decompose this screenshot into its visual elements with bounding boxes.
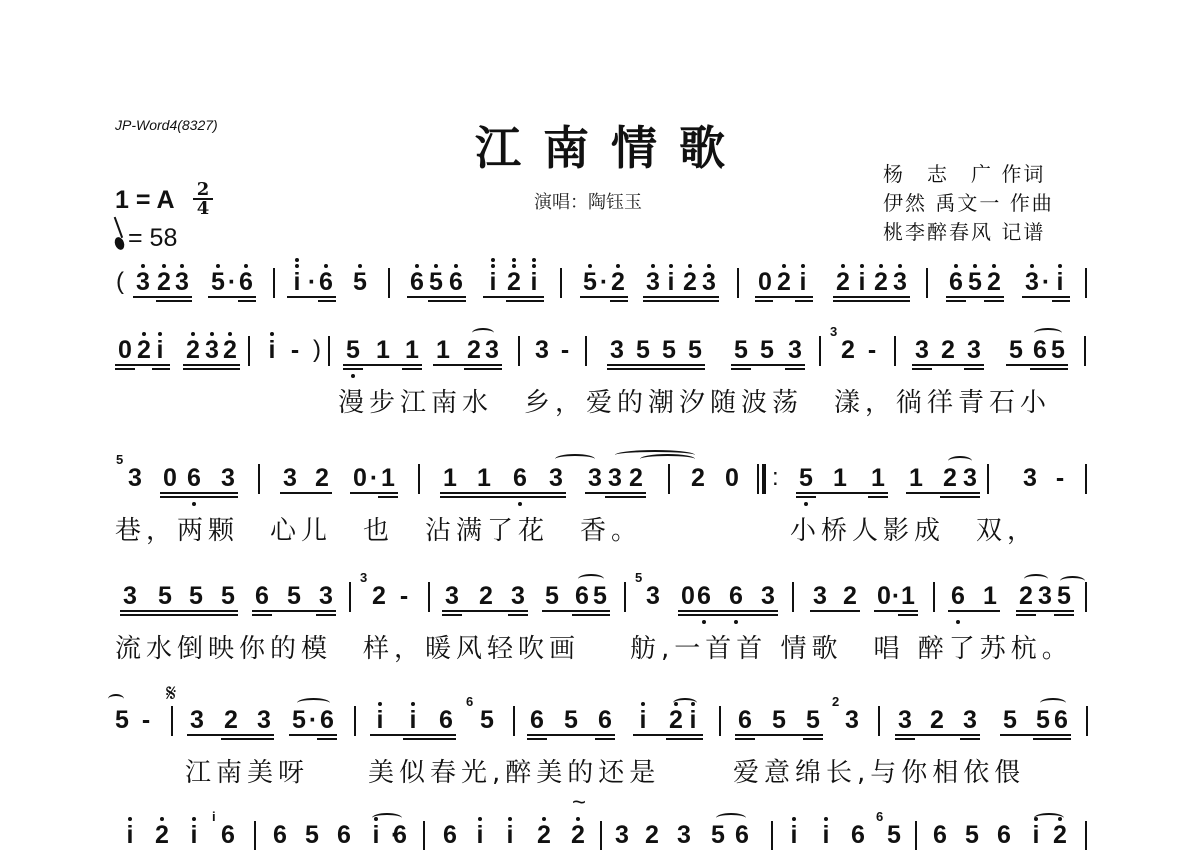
note: 2 (504, 270, 524, 295)
octave-dot-below (956, 620, 960, 624)
beam-underline (542, 610, 610, 612)
slur (297, 698, 330, 708)
octave-dot-above (841, 264, 845, 268)
beam-underline (464, 368, 502, 370)
octave-dot-above (228, 332, 232, 336)
note: 6 (732, 823, 752, 848)
beam-underline (585, 492, 646, 494)
note: i (661, 270, 681, 295)
note: 2 (927, 708, 947, 733)
barline (600, 821, 602, 850)
note: 1 (980, 584, 1000, 609)
octave-dot-below (351, 374, 355, 378)
beam-underline (895, 734, 980, 736)
note: 3 (125, 466, 145, 491)
note: 6 (440, 823, 460, 848)
note: 5 (685, 338, 705, 363)
note: i (403, 708, 423, 733)
octave-dot-above (128, 817, 132, 821)
note: 2 (464, 338, 484, 363)
beam-underline (678, 614, 778, 616)
note: 3 (674, 823, 694, 848)
beam-underline (1000, 734, 1071, 736)
barline (737, 268, 739, 298)
octave-dot-above (270, 332, 274, 336)
note: 3 (1035, 584, 1055, 609)
note: 3 (842, 708, 862, 733)
note: 3 (964, 338, 984, 363)
octave-dot-above (707, 264, 711, 268)
note: 5 (155, 584, 175, 609)
note: 0 (160, 466, 180, 491)
barline (719, 706, 721, 736)
tempo-value: = 58 (128, 224, 177, 252)
beam-underline (252, 610, 336, 612)
octave-dot-above (180, 264, 184, 268)
beam-underline (133, 296, 192, 298)
note: 5 (769, 708, 789, 733)
beam-underline (984, 300, 1004, 302)
note: 6 (334, 823, 354, 848)
note: 0 (755, 270, 775, 295)
beam-underline (796, 496, 816, 498)
note: 3 (187, 708, 207, 733)
octave-dot-above (651, 264, 655, 268)
barline (933, 582, 935, 612)
beam-underline (403, 738, 456, 740)
grace-note: 5 (116, 452, 123, 467)
octave-dot-above (415, 264, 419, 268)
barline (819, 336, 821, 366)
note: - (285, 338, 305, 363)
beam-underline (442, 614, 462, 616)
beam-underline (289, 734, 337, 736)
beam-underline (1052, 300, 1070, 302)
barline (1085, 821, 1087, 850)
note: 5 (1000, 708, 1020, 733)
beam-underline (152, 368, 170, 370)
beam-underline (183, 368, 240, 370)
note: 6 (446, 270, 466, 295)
note: 2 (568, 823, 588, 848)
note: 2 (680, 270, 700, 295)
note: 6 (270, 823, 290, 848)
beam-underline (508, 614, 528, 616)
lyric-line: 流水倒映你的模 样，暖风轻吹画 (115, 628, 580, 665)
time-signature: 2 4 (193, 181, 213, 217)
grace-note: 3 (360, 570, 367, 585)
note: - (394, 584, 414, 609)
note: 3 (699, 270, 719, 295)
beam-underline (287, 296, 336, 298)
beam-underline (735, 734, 823, 736)
beam-underline (343, 364, 422, 366)
lyric-line: 爱意绵长,与你相依偎 (733, 752, 1025, 789)
note: 3 (643, 270, 663, 295)
key-signature: 1 = A (115, 186, 175, 215)
slur (1040, 698, 1066, 708)
note: i (683, 708, 703, 733)
note: 5 (350, 270, 370, 295)
note: 6 (726, 584, 746, 609)
note: 5 (186, 584, 206, 609)
note: 2 (838, 338, 858, 363)
octave-dot-below (518, 502, 522, 506)
note: 6 (510, 466, 530, 491)
octave-dot-above (512, 264, 516, 268)
barline (1085, 582, 1087, 612)
barline (354, 706, 356, 736)
barline (757, 464, 759, 494)
note: 5 (708, 823, 728, 848)
note: 1 (440, 466, 460, 491)
note: 3 (442, 584, 462, 609)
slur (1034, 813, 1064, 823)
barline (388, 268, 390, 298)
note: 2 (774, 270, 794, 295)
octave-dot-above (378, 702, 382, 706)
beam-underline (1033, 738, 1071, 740)
beam-underline (906, 492, 980, 494)
key-label: 1 = A (115, 186, 175, 214)
barline (560, 268, 562, 298)
grace-note: i (212, 809, 216, 824)
beam-underline (506, 300, 544, 302)
octave-dot-above (324, 264, 328, 268)
grace-note: 6 (466, 694, 473, 709)
beam-underline (678, 610, 778, 612)
beam-underline (607, 368, 705, 370)
barline (792, 582, 794, 612)
close-paren: ) (313, 336, 321, 364)
note: i (366, 823, 386, 848)
note: i (120, 823, 140, 848)
beam-underline (378, 496, 398, 498)
note: - (1050, 466, 1070, 491)
note: 2 (154, 270, 174, 295)
octave-dot-above (616, 264, 620, 268)
note: 5 (343, 338, 363, 363)
slur (555, 454, 595, 464)
note: 3 (912, 338, 932, 363)
note: 3 (785, 338, 805, 363)
lyric-line: 漫步江南水 乡，爱的潮汐随波荡 漾，徜徉青石小 (338, 382, 1051, 419)
slur (1034, 328, 1062, 338)
note: 5 (218, 584, 238, 609)
barline (273, 268, 275, 298)
barline (585, 336, 587, 366)
note: 2 (221, 708, 241, 733)
note: 2 (940, 466, 960, 491)
note: 6 (407, 270, 427, 295)
beam-underline (1030, 368, 1068, 370)
beam-underline (115, 368, 135, 370)
lyric-line: 小桥人影成 双， (790, 510, 1038, 547)
note: 6 (317, 708, 337, 733)
lyric-line: 舫,一首首 情歌 唱 醉了苏杭。 (630, 628, 1073, 665)
note: 2 (1016, 584, 1036, 609)
note: 5 (542, 584, 562, 609)
slur (578, 574, 604, 584)
note: 3 (546, 466, 566, 491)
slur (372, 813, 402, 823)
note: 3 (960, 708, 980, 733)
beam-underline (633, 734, 703, 736)
note: 3 (758, 584, 778, 609)
note: 5 (1054, 584, 1074, 609)
octave-dot-above (512, 258, 516, 262)
beam-underline (960, 738, 980, 740)
beam-underline (252, 614, 272, 616)
note: 5 (796, 466, 816, 491)
octave-dot-above (478, 817, 482, 821)
beam-underline (964, 368, 984, 370)
beam-underline (912, 368, 932, 370)
note: 5 (302, 823, 322, 848)
note: - (555, 338, 575, 363)
barline (513, 706, 515, 736)
note: 6 (218, 823, 238, 848)
slur (1060, 576, 1085, 586)
lyricist-credit: 杨 志 广 作词 (883, 160, 1054, 189)
tie-continuation (108, 694, 124, 704)
note: 3 (508, 584, 528, 609)
note: i (816, 823, 836, 848)
barline (1085, 268, 1087, 298)
note: 3 (960, 466, 980, 491)
octave-dot-above (508, 817, 512, 821)
note: 3 (1020, 466, 1040, 491)
octave-dot-above (898, 264, 902, 268)
octave-dot-above (141, 264, 145, 268)
beam-underline (643, 300, 719, 302)
beam-underline (120, 610, 238, 612)
beam-underline (428, 300, 466, 302)
note: i (370, 708, 390, 733)
note: 3 (316, 584, 336, 609)
octave-dot-below (702, 620, 706, 624)
note: 6 (1030, 338, 1050, 363)
beam-underline (433, 364, 502, 366)
beam-underline (442, 610, 528, 612)
lyric-line: 巷，两颗 心儿 也 沾满了花 香。 (115, 510, 642, 547)
note: 2 (534, 823, 554, 848)
slur (640, 454, 695, 464)
note: 2 (688, 466, 708, 491)
note: 5 (803, 708, 823, 733)
note: 2 (938, 338, 958, 363)
beam-underline (483, 296, 544, 298)
repeat-barline (762, 464, 766, 494)
octave-dot-above (954, 264, 958, 268)
octave-dot-above (1030, 264, 1034, 268)
note: 6 (390, 823, 410, 848)
barline (878, 706, 880, 736)
beam-underline (221, 738, 274, 740)
note: 6 (527, 708, 547, 733)
transcriber-credit: 桃李醉春风 记谱 (883, 218, 1054, 247)
note: 1 (373, 338, 393, 363)
beam-underline (343, 368, 363, 370)
beam-underline (755, 300, 773, 302)
note: 1 (474, 466, 494, 491)
note: 2 (152, 823, 172, 848)
note: 3 (607, 338, 627, 363)
note: 3 (172, 270, 192, 295)
note: 1 (830, 466, 850, 491)
note: 3 (218, 466, 238, 491)
beam-underline (666, 738, 703, 740)
barline (328, 336, 330, 366)
note: 2 (871, 270, 891, 295)
barline (418, 464, 420, 494)
beam-underline (607, 364, 705, 366)
octave-dot-above (801, 264, 805, 268)
note: 3 (120, 584, 140, 609)
octave-dot-above (1058, 264, 1062, 268)
note: 6 (252, 584, 272, 609)
octave-dot-above (491, 258, 495, 262)
octave-dot-above (142, 332, 146, 336)
barline (258, 464, 260, 494)
octave-dot-above (491, 264, 495, 268)
beam-underline (440, 496, 566, 498)
note: 5 (884, 823, 904, 848)
octave-dot-above (162, 264, 166, 268)
octave-dot-above (992, 264, 996, 268)
segno-icon: 𝄋 (166, 680, 176, 708)
lyric-line: 美似春光,醉美的还是 (368, 752, 660, 789)
octave-dot-above (973, 264, 977, 268)
octave-dot-above (295, 258, 299, 262)
note: 3 (532, 338, 552, 363)
octave-dot-below (734, 620, 738, 624)
note: i (793, 270, 813, 295)
octave-dot-below (804, 502, 808, 506)
note: 5 (962, 823, 982, 848)
octave-dot-above (542, 817, 546, 821)
beam-underline (316, 614, 336, 616)
octave-dot-above (879, 264, 883, 268)
note: 2 (1050, 823, 1070, 848)
octave-dot-above (295, 264, 299, 268)
grace-note: 5 (635, 570, 642, 585)
beam-underline (946, 300, 966, 302)
open-paren: ( (116, 268, 124, 296)
note: 2 (840, 584, 860, 609)
beam-underline (1022, 296, 1070, 298)
note: 3 (612, 823, 632, 848)
octave-dot-above (824, 817, 828, 821)
octave-dot-above (860, 264, 864, 268)
note: 5 (590, 584, 610, 609)
beam-underline (440, 492, 566, 494)
note: 5 (659, 338, 679, 363)
beam-underline (833, 300, 910, 302)
note: 6 (694, 584, 714, 609)
beam-underline (735, 738, 755, 740)
octave-dot-above (588, 264, 592, 268)
note: 2 (183, 338, 203, 363)
note: 5 (1048, 338, 1068, 363)
barline (428, 582, 430, 612)
octave-dot-above (669, 264, 673, 268)
barline (624, 582, 626, 612)
note: 3 (280, 466, 300, 491)
note: 5 (731, 338, 751, 363)
note: 5 (426, 270, 446, 295)
barline (1085, 464, 1087, 494)
slur (1024, 574, 1048, 584)
note: i (500, 823, 520, 848)
note: 6 (930, 823, 950, 848)
beam-underline (948, 610, 1000, 612)
beam-underline (605, 496, 646, 498)
note: 6 (735, 708, 755, 733)
beam-underline (946, 296, 1004, 298)
barline (894, 336, 896, 366)
beam-underline (731, 368, 751, 370)
credits-block: 杨 志 广 作词 伊然 禹文一 作曲 桃李醉春风 记谱 (883, 160, 1054, 247)
slur (472, 328, 494, 338)
note: i (1026, 823, 1046, 848)
note: i (633, 708, 653, 733)
beam-underline (1006, 364, 1068, 366)
note: 1 (433, 338, 453, 363)
beam-underline (643, 296, 719, 298)
note: 6 (184, 466, 204, 491)
beam-underline (755, 296, 813, 298)
note: 2 (369, 584, 389, 609)
beam-underline (115, 364, 170, 366)
note: i (184, 823, 204, 848)
note: 5 (1006, 338, 1026, 363)
note: 0 (722, 466, 742, 491)
barline (248, 336, 250, 366)
note: 6 (572, 584, 592, 609)
note: 3 (810, 584, 830, 609)
note: 6 (436, 708, 456, 733)
octave-dot-above (454, 264, 458, 268)
barline (668, 464, 670, 494)
barline (1084, 336, 1086, 366)
octave-dot-above (358, 264, 362, 268)
beam-underline (318, 300, 336, 302)
note: 5 (965, 270, 985, 295)
beam-underline (731, 364, 805, 366)
note: 3 (254, 708, 274, 733)
tempo-marking: = 58 (115, 224, 177, 253)
note: 2 (626, 466, 646, 491)
note: 1 (402, 338, 422, 363)
octave-dot-below (192, 502, 196, 506)
beam-underline (156, 300, 192, 302)
beam-underline (795, 300, 813, 302)
beam-underline (898, 614, 918, 616)
beam-underline (610, 300, 628, 302)
note: 1 (898, 584, 918, 609)
note: 1 (868, 466, 888, 491)
note: 3 (585, 466, 605, 491)
beam-underline (580, 296, 628, 298)
composer-credit: 伊然 禹文一 作曲 (883, 189, 1054, 218)
beam-underline (796, 492, 888, 494)
note: 5 (112, 708, 132, 733)
note: 1 (378, 466, 398, 491)
singer-credit: 演唱：陶钰玉 (534, 188, 642, 214)
repeat-dots: : (772, 464, 779, 492)
note: - (136, 708, 156, 733)
